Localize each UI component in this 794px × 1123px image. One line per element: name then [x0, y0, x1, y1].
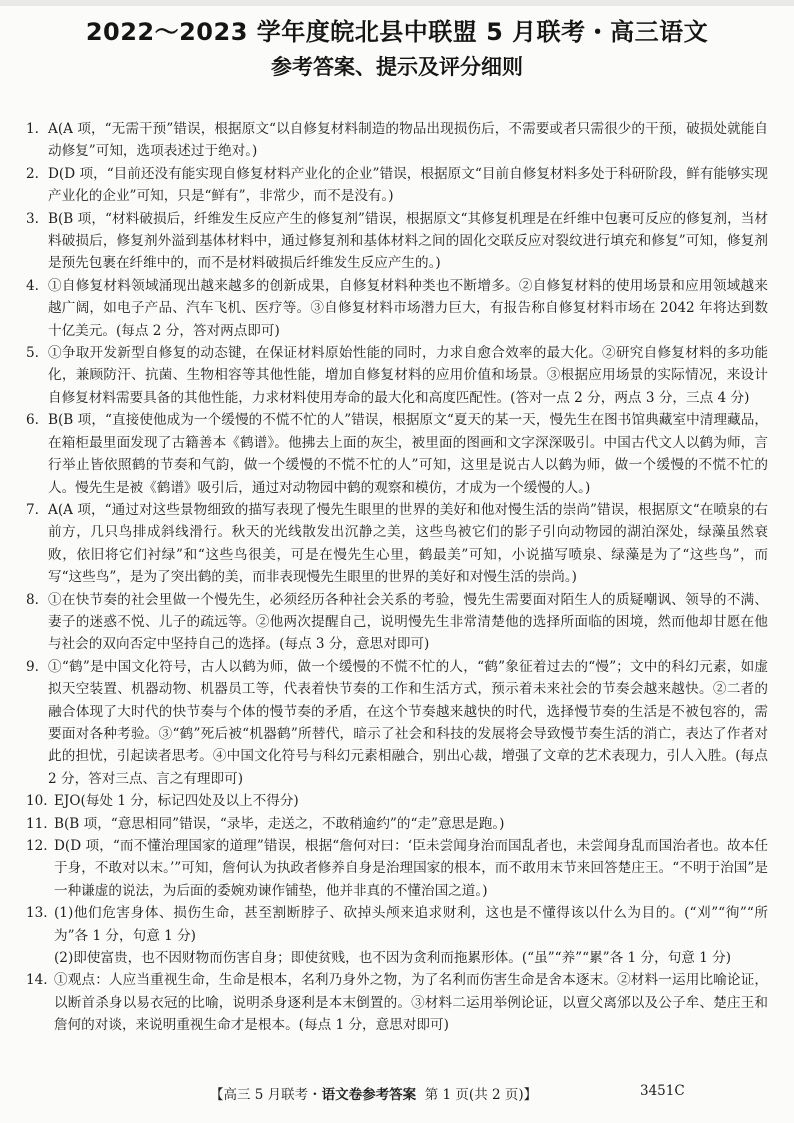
answer-number: 9. — [26, 656, 39, 678]
answer-item-1: 1. A(A 项，“无需干预”错误，根据原文“以自修复材料制造的物品出现损伤后，… — [26, 118, 768, 163]
answer-item-14: 14. ①观点：人应当重视生命，生命是根本，名利乃身外之物，为了名利而伤害生命是… — [26, 969, 768, 1036]
answer-item-11: 11. B(B 项，“意思相同”错误，“录毕，走送之，不敢稍逾约”的“走”意思是… — [26, 813, 768, 835]
answer-list: 1. A(A 项，“无需干预”错误，根据原文“以自修复材料制造的物品出现损伤后，… — [26, 118, 768, 1037]
answer-text: EJO(每处 1 分，标记四处及以上不得分) — [54, 793, 299, 809]
answer-number: 4. — [26, 275, 39, 297]
answer-number: 14. — [26, 969, 48, 991]
answer-part-1: (1)他们危害身体、损伤生命，甚至割断脖子、砍掉头颅来追求财利，这也是不懂得该以… — [54, 902, 768, 947]
answer-number: 13. — [26, 902, 48, 924]
document-code: 3451C — [640, 1083, 685, 1099]
answer-text: ①观点：人应当重视生命，生命是根本，名利乃身外之物，为了名利而伤害生命是舍本逐末… — [54, 972, 768, 1033]
answer-number: 8. — [26, 589, 39, 611]
answer-number: 10. — [26, 790, 48, 812]
answer-item-9: 9. ①“鹤”是中国文化符号，古人以鹤为师，做一个缓慢的不慌不忙的人，“鹤”象征… — [26, 656, 768, 790]
answer-text: B(B 项，“直接使他成为一个缓慢的不慌不忙的人”错误，根据原文“夏天的某一天，… — [48, 412, 768, 495]
footer-label: 【高三 5 月联考・语文卷参考答案 第 1 页(共 2 页)】 — [210, 1083, 537, 1103]
answer-number: 6. — [26, 409, 39, 431]
answer-text: ①在快节奏的社会里做一个慢先生，必须经历各种社会关系的考验，慢先生需要面对陌生人… — [48, 592, 768, 653]
answer-text: D(D 项，“而不懂治理国家的道理”错误，根据“詹何对曰：‘臣未尝闻身治而国乱者… — [54, 838, 768, 899]
answer-text: A(A 项，“通过对这些景物细致的描写表现了慢先生眼里的世界的美好和他对慢生活的… — [48, 502, 768, 585]
answer-item-6: 6. B(B 项，“直接使他成为一个缓慢的不慌不忙的人”错误，根据原文“夏天的某… — [26, 409, 768, 499]
footer-exam: 高三 5 月联考・ — [224, 1087, 322, 1103]
answer-number: 3. — [26, 208, 39, 230]
answer-item-2: 2. D(D 项，“目前还没有能实现自修复材料产业化的企业”错误，根据原文“目前… — [26, 163, 768, 208]
answer-item-3: 3. B(B 项，“材料破损后，纤维发生反应产生的修复剂”错误，根据原文“其修复… — [26, 208, 768, 275]
answer-part-2: (2)即使富贵，也不因财物而伤害自身；即使贫贱，也不因为贪利而拖累形体。(“虽”… — [54, 947, 768, 969]
answer-text: ①争取开发新型自修复的动态键，在保证材料原始性能的同时，力求自愈合效率的最大化。… — [48, 345, 768, 406]
answer-text: B(B 项，“材料破损后，纤维发生反应产生的修复剂”错误，根据原文“其修复机理是… — [48, 211, 768, 272]
answer-item-5: 5. ①争取开发新型自修复的动态键，在保证材料原始性能的同时，力求自愈合效率的最… — [26, 342, 768, 409]
answer-item-10: 10. EJO(每处 1 分，标记四处及以上不得分) — [26, 790, 768, 812]
answer-number: 11. — [26, 813, 48, 835]
answer-item-12: 12. D(D 项，“而不懂治理国家的道理”错误，根据“詹何对曰：‘臣未尝闻身治… — [26, 835, 768, 902]
footer-page-info: 第 1 页(共 2 页) — [425, 1087, 524, 1103]
answer-text: A(A 项，“无需干预”错误，根据原文“以自修复材料制造的物品出现损伤后，不需要… — [48, 121, 768, 159]
page-subtitle: 参考答案、提示及评分细则 — [0, 51, 794, 81]
answer-item-4: 4. ①自修复材料领域涌现出越来越多的创新成果，自修复材料种类也不断增多。②自修… — [26, 275, 768, 342]
footer-bracket-right: 】 — [524, 1087, 538, 1103]
scan-edge — [0, 0, 794, 6]
answer-item-7: 7. A(A 项，“通过对这些景物细致的描写表现了慢先生眼里的世界的美好和他对慢… — [26, 499, 768, 589]
answer-number: 2. — [26, 163, 39, 185]
answer-number: 1. — [26, 118, 39, 140]
answer-item-13: 13. (1)他们危害身体、损伤生命，甚至割断脖子、砍掉头颅来追求财利，这也是不… — [26, 902, 768, 969]
answer-text: ①自修复材料领域涌现出越来越多的创新成果，自修复材料种类也不断增多。②自修复材料… — [48, 278, 768, 339]
answer-text: ①“鹤”是中国文化符号，古人以鹤为师，做一个缓慢的不慌不忙的人，“鹤”象征着过去… — [48, 659, 768, 787]
answer-number: 5. — [26, 342, 39, 364]
footer-bracket-left: 【 — [210, 1087, 224, 1103]
answer-text: B(B 项，“意思相同”错误，“录毕，走送之，不敢稍逾约”的“走”意思是跑。) — [54, 816, 504, 832]
footer-doc-name: 语文卷参考答案 — [322, 1087, 417, 1103]
page-title: 2022～2023 学年度皖北县中联盟 5 月联考・高三语文 — [0, 12, 794, 47]
answer-key-page: 2022～2023 学年度皖北县中联盟 5 月联考・高三语文 参考答案、提示及评… — [0, 0, 794, 1123]
answer-text: D(D 项，“目前还没有能实现自修复材料产业化的企业”错误，根据原文“目前自修复… — [48, 166, 768, 204]
answer-number: 7. — [26, 499, 39, 521]
answer-item-8: 8. ①在快节奏的社会里做一个慢先生，必须经历各种社会关系的考验，慢先生需要面对… — [26, 589, 768, 656]
answer-number: 12. — [26, 835, 48, 857]
